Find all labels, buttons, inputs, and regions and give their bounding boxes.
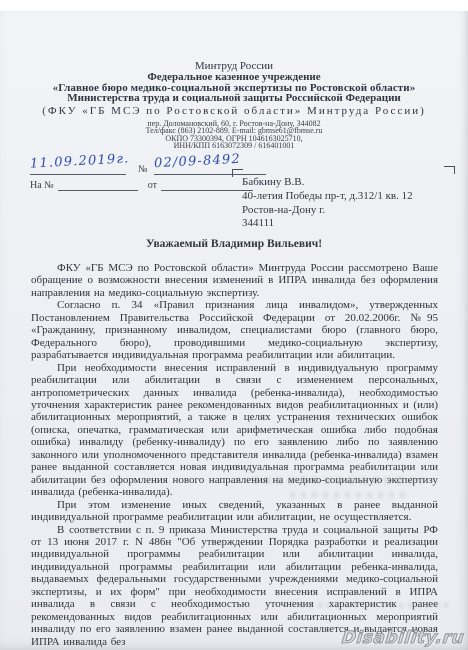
scanned-letter-page: Минтруд России Федеральное казенное учре… <box>0 0 468 650</box>
ot-field <box>161 178 253 191</box>
letterhead-org-parent: Министерства труда и социальной защиты Р… <box>0 93 468 104</box>
na-label: На № <box>30 180 54 191</box>
salutation: Уважаемый Владимир Вильевич! <box>0 238 468 250</box>
handwritten-number: 02/09-8492 <box>153 152 241 172</box>
number-sign-label: № <box>138 164 148 175</box>
recipient-name: Бабкину В.В. <box>242 176 452 190</box>
letterhead-org-abbr: (ФКУ «ГБ МСЭ по Ростовской области» Минт… <box>0 105 468 117</box>
recipient-block: Бабкину В.В. 40-летия Победы пр-т, д.312… <box>242 176 452 231</box>
body-paragraph: При этом изменение иных сведений, указан… <box>31 499 438 524</box>
recipient-city: Ростов-на-Дону г. <box>242 204 452 218</box>
date-field: 11.09.2019г. <box>30 154 126 175</box>
outgoing-number-row: 11.09.2019г.№02/09-8492 <box>30 154 300 175</box>
disability-ru-watermark: Disability.ru <box>341 628 465 648</box>
body-paragraph: ФКУ «ГБ МСЭ по Ростовской области» Минтр… <box>31 262 438 299</box>
letter-body: ФКУ «ГБ МСЭ по Ростовской области» Минтр… <box>31 262 438 648</box>
letterhead: Минтруд России Федеральное казенное учре… <box>0 60 468 150</box>
letterhead-org-type: Федеральное казенное учреждение <box>0 72 468 83</box>
na-field <box>58 178 138 191</box>
number-field: 02/09-8492 <box>154 154 266 175</box>
scan-sheet: Минтруд России Федеральное казенное учре… <box>0 11 468 650</box>
body-paragraph: При необходимости внесения исправлений в… <box>31 362 438 499</box>
address-corner-mark-right <box>444 166 455 174</box>
body-paragraph: Согласно п. 34 «Правил признания лица ин… <box>31 299 438 361</box>
handwritten-date: 11.09.2019г. <box>30 151 130 171</box>
ot-label: от <box>148 180 157 191</box>
recipient-street: 40-летия Победы пр-т, д.312/1 кв. 12 <box>242 190 452 204</box>
recipient-zip: 344111 <box>242 217 452 231</box>
letterhead-inn-kpp: ИНН/КПП 6163072309 / 616401001 <box>0 142 468 150</box>
